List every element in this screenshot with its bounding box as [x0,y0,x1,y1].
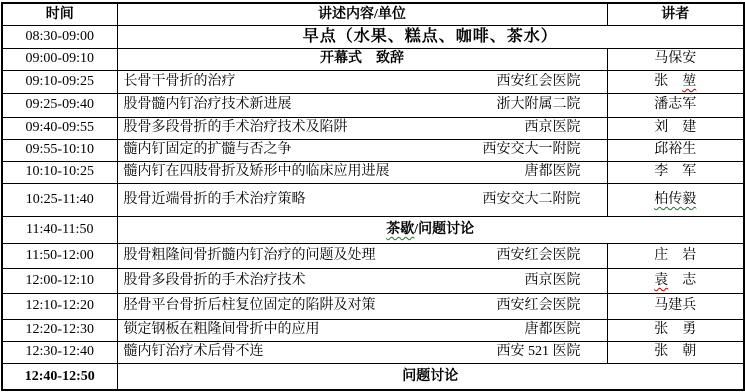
table-row: 09:10-09:25长骨干骨折的治疗西安红会医院张 堃 [2,70,744,93]
speaker-cell: 刘 建 [607,117,744,139]
schedule-page: 时间 讲述内容/单位 讲者 08:30-09:00早点（水果、糕点、咖啡、茶水）… [0,0,745,392]
speaker-name: 马保安 [654,51,696,66]
content-cell: 股骨近端骨折的手术治疗策略西安交大二附院 [117,183,607,216]
content-layout: 胫骨平台骨折后柱复位固定的陷阱及对策西安红会医院 [118,298,607,313]
time-cell: 09:25-09:40 [2,93,117,117]
content-layout: 髓内钉固定的扩髓与否之争西安交大一附院 [118,142,607,157]
table-row: 09:40-09:55股骨多段骨折的手术治疗技术及陷阱西京医院刘 建 [2,117,744,139]
session-banner-cell: 茶歇/问题讨论 [117,216,744,243]
table-row: 09:00-09:10开幕式 致辞马保安 [2,48,744,70]
content-layout: 髓内钉治疗术后骨不连西安 521 医院 [118,344,607,359]
unit-text: 西安 521 医院 [497,344,581,359]
content-cell: 胫骨平台骨折后柱复位固定的陷阱及对策西安红会医院 [117,293,607,319]
table-row: 12:10-12:20胫骨平台骨折后柱复位固定的陷阱及对策西安红会医院马建兵 [2,293,744,319]
time-cell: 09:10-09:25 [2,70,117,93]
banner-text: 开幕式 致辞 [320,51,404,66]
table-row: 08:30-09:00早点（水果、糕点、咖啡、茶水） [2,25,744,48]
topic-text: 股骨髓内钉治疗技术新进展 [124,97,292,112]
unit-text: 西安红会医院 [497,298,581,313]
content-cell: 股骨多段骨折的手术治疗技术西京医院 [117,268,607,293]
header-row: 时间 讲述内容/单位 讲者 [2,3,744,25]
time-cell: 12:40-12:50 [2,363,117,390]
speaker-name: 刘 建 [654,120,696,135]
session-banner-cell: 开幕式 致辞 [117,48,607,70]
speaker-cell: 柏传毅 [607,183,744,216]
table-row: 12:00-12:10股骨多段骨折的手术治疗技术西京医院袁 志 [2,268,744,293]
topic-text: 胫骨平台骨折后柱复位固定的陷阱及对策 [124,298,376,313]
content-cell: 髓内钉在四肢骨折及矫形中的临床应用进展唐都医院 [117,161,607,183]
topic-text: 髓内钉在四肢骨折及矫形中的临床应用进展 [124,164,390,179]
time-cell: 11:50-12:00 [2,243,117,268]
schedule-table: 时间 讲述内容/单位 讲者 08:30-09:00早点（水果、糕点、咖啡、茶水）… [1,2,745,391]
content-cell: 股骨髓内钉治疗技术新进展浙大附属二院 [117,93,607,117]
content-layout: 股骨多段骨折的手术治疗技术西京医院 [118,273,607,288]
time-cell: 11:40-11:50 [2,216,117,243]
unit-text: 唐都医院 [525,164,581,179]
content-cell: 股骨多段骨折的手术治疗技术及陷阱西京医院 [117,117,607,139]
topic-text: 股骨多段骨折的手术治疗技术 [124,273,306,288]
banner-text: 早点（水果、糕点、咖啡、茶水） [303,28,558,45]
table-row: 10:25-11:40股骨近端骨折的手术治疗策略西安交大二附院柏传毅 [2,183,744,216]
content-cell: 锁定钢板在粗隆间骨折中的应用唐都医院 [117,319,607,341]
speaker-cell: 庄 岩 [607,243,744,268]
time-cell: 10:10-10:25 [2,161,117,183]
time-cell: 12:20-12:30 [2,319,117,341]
topic-text: 股骨多段骨折的手术治疗技术及陷阱 [124,120,348,135]
content-cell: 髓内钉固定的扩髓与否之争西安交大一附院 [117,139,607,161]
topic-text: 长骨干骨折的治疗 [124,74,236,89]
speaker-name: 邱裕生 [654,142,696,157]
banner-text: 问题讨论 [402,369,458,384]
speaker-name: 张 [654,74,682,89]
topic-text: 髓内钉固定的扩髓与否之争 [124,142,292,157]
content-cell: 髓内钉治疗术后骨不连西安 521 医院 [117,341,607,363]
speaker-name: 袁 [654,273,668,288]
content-cell: 长骨干骨折的治疗西安红会医院 [117,70,607,93]
time-cell: 12:00-12:10 [2,268,117,293]
time-cell: 09:00-09:10 [2,48,117,70]
unit-text: 西京医院 [525,120,581,135]
speaker-name: 李 军 [654,164,696,179]
topic-text: 股骨粗隆间骨折髓内钉治疗的问题及处理 [124,248,376,263]
speaker-name: 堃 [682,74,696,89]
time-cell: 08:30-09:00 [2,25,117,48]
banner-text: 茶歇 [386,222,414,237]
speaker-name: 张 朝 [654,344,696,359]
speaker-cell: 马建兵 [607,293,744,319]
content-layout: 股骨粗隆间骨折髓内钉治疗的问题及处理西安红会医院 [118,248,607,263]
table-row: 12:20-12:30锁定钢板在粗隆间骨折中的应用唐都医院张 勇 [2,319,744,341]
header-time: 时间 [2,3,117,25]
speaker-cell: 袁 志 [607,268,744,293]
content-layout: 锁定钢板在粗隆间骨折中的应用唐都医院 [118,322,607,337]
unit-text: 西安红会医院 [497,74,581,89]
speaker-name: 志 [668,273,696,288]
unit-text: 西安交大二附院 [483,192,581,207]
time-cell: 12:10-12:20 [2,293,117,319]
content-layout: 髓内钉在四肢骨折及矫形中的临床应用进展唐都医院 [118,164,607,179]
table-row: 11:50-12:00股骨粗隆间骨折髓内钉治疗的问题及处理西安红会医院庄 岩 [2,243,744,268]
table-row: 11:40-11:50茶歇/问题讨论 [2,216,744,243]
table-row: 10:10-10:25髓内钉在四肢骨折及矫形中的临床应用进展唐都医院李 军 [2,161,744,183]
unit-text: 唐都医院 [525,322,581,337]
table-row: 12:30-12:40髓内钉治疗术后骨不连西安 521 医院张 朝 [2,341,744,363]
table-row: 12:40-12:50问题讨论 [2,363,744,390]
speaker-name: 庄 岩 [654,248,696,263]
topic-text: 锁定钢板在粗隆间骨折中的应用 [124,322,320,337]
banner-text: /问题讨论 [414,222,474,237]
speaker-name: 张 勇 [654,322,696,337]
unit-text: 西安交大一附院 [483,142,581,157]
unit-text: 浙大附属二院 [497,97,581,112]
time-cell: 12:30-12:40 [2,341,117,363]
content-cell: 股骨粗隆间骨折髓内钉治疗的问题及处理西安红会医院 [117,243,607,268]
session-banner-cell: 早点（水果、糕点、咖啡、茶水） [117,25,744,48]
speaker-name: 马建兵 [654,298,696,313]
header-speaker: 讲者 [607,3,744,25]
time-cell: 09:55-10:10 [2,139,117,161]
table-row: 09:25-09:40股骨髓内钉治疗技术新进展浙大附属二院潘志军 [2,93,744,117]
speaker-cell: 李 军 [607,161,744,183]
content-layout: 股骨近端骨折的手术治疗策略西安交大二附院 [118,192,607,207]
content-layout: 股骨髓内钉治疗技术新进展浙大附属二院 [118,97,607,112]
header-content: 讲述内容/单位 [117,3,607,25]
topic-text: 髓内钉治疗术后骨不连 [124,344,264,359]
speaker-cell: 张 堃 [607,70,744,93]
speaker-name: 潘志军 [654,97,696,112]
content-layout: 股骨多段骨折的手术治疗技术及陷阱西京医院 [118,120,607,135]
unit-text: 西安红会医院 [497,248,581,263]
table-row: 09:55-10:10髓内钉固定的扩髓与否之争西安交大一附院邱裕生 [2,139,744,161]
speaker-cell: 张 勇 [607,319,744,341]
content-layout: 长骨干骨折的治疗西安红会医院 [118,74,607,89]
speaker-cell: 张 朝 [607,341,744,363]
topic-text: 股骨近端骨折的手术治疗策略 [124,192,306,207]
speaker-cell: 潘志军 [607,93,744,117]
speaker-cell: 马保安 [607,48,744,70]
speaker-cell: 邱裕生 [607,139,744,161]
speaker-name: 柏传毅 [654,192,696,207]
time-cell: 09:40-09:55 [2,117,117,139]
session-banner-cell: 问题讨论 [117,363,744,390]
time-cell: 10:25-11:40 [2,183,117,216]
unit-text: 西京医院 [525,273,581,288]
